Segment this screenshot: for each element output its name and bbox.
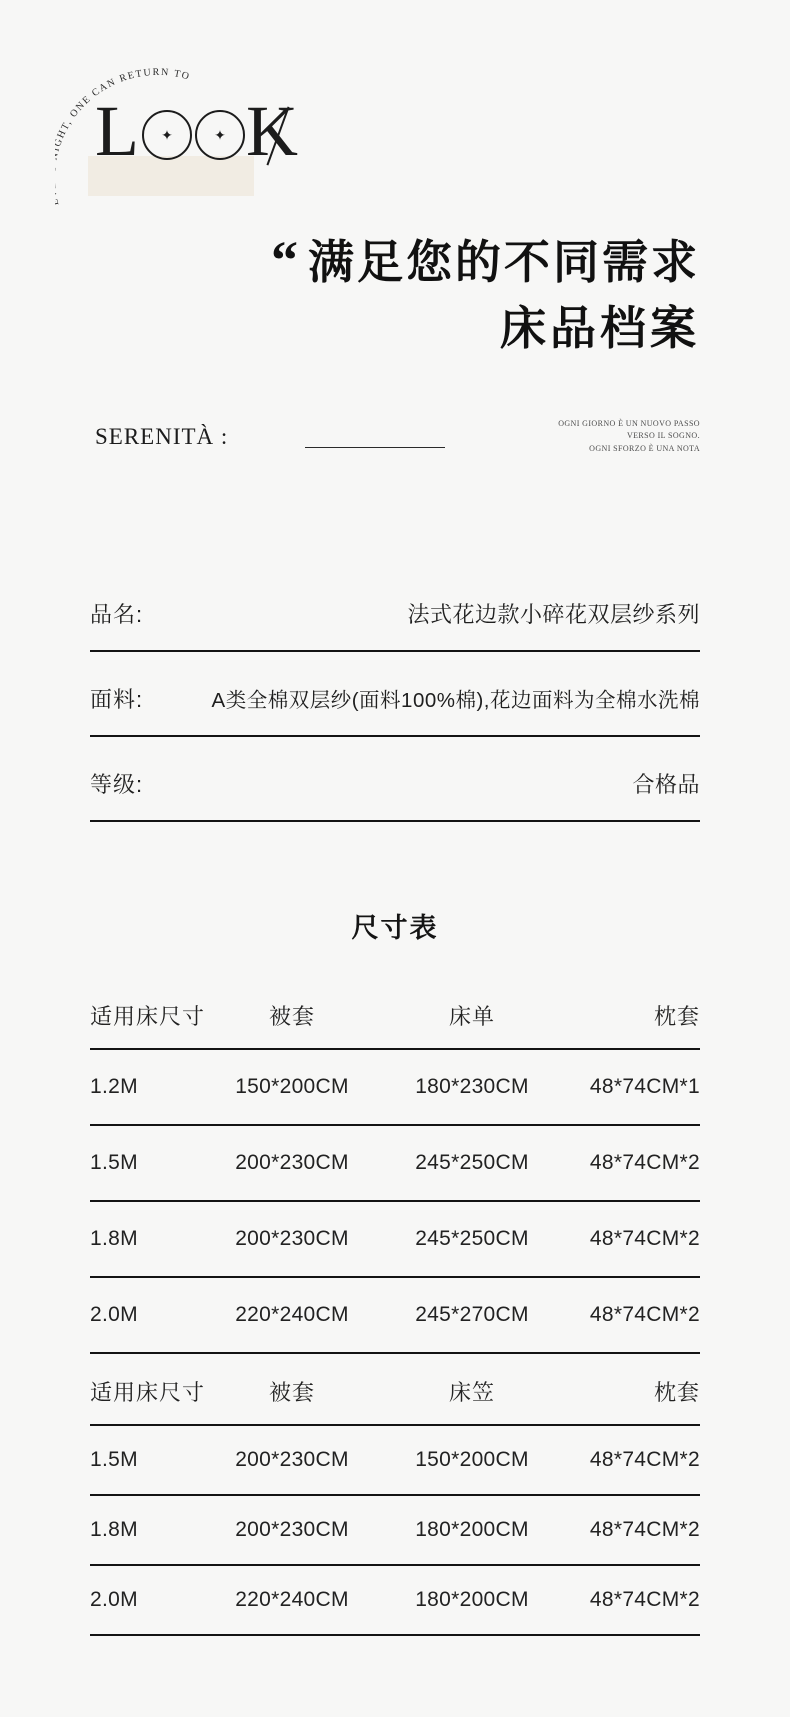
logo-wordmark: L ✦ ✦ K <box>95 102 298 161</box>
table-cell: 200*230CM <box>208 1518 376 1542</box>
page-headline: “满足您的不同需求 床品档案 <box>271 228 700 356</box>
table-cell: 适用床尺寸 <box>90 1376 208 1407</box>
table-cell: 1.8M <box>90 1518 208 1542</box>
info-row-product-name: 品名: 法式花边款小碎花双层纱系列 <box>90 598 700 652</box>
table-cell: 48*74CM*2 <box>568 1303 700 1327</box>
table-cell: 适用床尺寸 <box>90 1000 208 1031</box>
info-label: 品名: <box>90 598 143 629</box>
table-row: 1.5M200*230CM150*200CM48*74CM*2 <box>90 1426 700 1496</box>
table-cell: 48*74CM*2 <box>568 1448 700 1472</box>
table-cell: 48*74CM*1 <box>568 1075 700 1099</box>
brand-row: SERENITÀ : OGNI GIORNO È UN NUOVO PASSO … <box>90 416 700 460</box>
table-cell: 2.0M <box>90 1303 208 1327</box>
table-row: 2.0M220*240CM180*200CM48*74CM*2 <box>90 1566 700 1636</box>
table-cell: 220*240CM <box>208 1588 376 1612</box>
table-header-row: 适用床尺寸被套床笠枕套 <box>90 1358 700 1426</box>
table-cell: 枕套 <box>568 1000 700 1031</box>
wordmark-letter-l: L <box>95 102 139 161</box>
table-cell: 48*74CM*2 <box>568 1588 700 1612</box>
table-cell: 1.2M <box>90 1075 208 1099</box>
info-value: A类全棉双层纱(面料100%棉),花边面料为全棉水洗棉 <box>212 683 700 713</box>
info-row-grade: 等级: 合格品 <box>90 768 700 822</box>
divider-line <box>305 447 445 448</box>
table-cell: 150*200CM <box>376 1448 568 1472</box>
table-cell: 48*74CM*2 <box>568 1151 700 1175</box>
table-cell: 150*200CM <box>208 1075 376 1099</box>
brand-tagline: OGNI GIORNO È UN NUOVO PASSO VERSO IL SO… <box>558 418 700 455</box>
table-cell: 180*200CM <box>376 1588 568 1612</box>
product-spec-page: EVERY NIGHT, ONE CAN RETURN TO L ✦ ✦ K “… <box>0 0 790 1717</box>
wordmark-o-circle: ✦ <box>195 110 245 160</box>
table-body: 1.5M200*230CM150*200CM48*74CM*21.8M200*2… <box>90 1426 700 1636</box>
table-row: 1.5M200*230CM245*250CM48*74CM*2 <box>90 1126 700 1202</box>
table-cell: 245*250CM <box>376 1227 568 1251</box>
table-cell: 床笠 <box>376 1376 568 1407</box>
table-header: 适用床尺寸被套床单枕套 <box>90 982 700 1050</box>
table-cell: 1.5M <box>90 1448 208 1472</box>
table-row: 1.8M200*230CM180*200CM48*74CM*2 <box>90 1496 700 1566</box>
info-label: 等级: <box>90 768 143 799</box>
brand-logo: EVERY NIGHT, ONE CAN RETURN TO L ✦ ✦ K <box>55 50 345 230</box>
table-cell: 被套 <box>208 1000 376 1031</box>
headline-line1: “满足您的不同需求 <box>271 228 700 293</box>
sparkle-icon: ✦ <box>214 128 226 142</box>
headline-line1-text: 满足您的不同需求 <box>308 237 700 288</box>
table-cell: 枕套 <box>568 1376 700 1407</box>
info-value: 法式花边款小碎花双层纱系列 <box>407 598 700 629</box>
table-cell: 200*230CM <box>208 1448 376 1472</box>
table-row: 2.0M220*240CM245*270CM48*74CM*2 <box>90 1278 700 1354</box>
info-value: 合格品 <box>632 768 700 799</box>
table-cell: 200*230CM <box>208 1227 376 1251</box>
table-cell: 245*270CM <box>376 1303 568 1327</box>
size-table-duvet-sheet: 适用床尺寸被套床单枕套 1.2M150*200CM180*230CM48*74C… <box>90 982 700 1354</box>
table-cell: 被套 <box>208 1376 376 1407</box>
info-label: 面料: <box>90 683 143 714</box>
table-cell: 48*74CM*2 <box>568 1227 700 1251</box>
table-header-row: 适用床尺寸被套床单枕套 <box>90 982 700 1050</box>
sparkle-icon: ✦ <box>161 128 173 142</box>
table-row: 1.8M200*230CM245*250CM48*74CM*2 <box>90 1202 700 1278</box>
wordmark-o-circle: ✦ <box>142 110 192 160</box>
table-cell: 2.0M <box>90 1588 208 1612</box>
quote-mark: “ <box>271 230 298 290</box>
table-cell: 180*200CM <box>376 1518 568 1542</box>
table-row: 1.2M150*200CM180*230CM48*74CM*1 <box>90 1050 700 1126</box>
brand-name-label: SERENITÀ : <box>95 424 228 450</box>
table-cell: 48*74CM*2 <box>568 1518 700 1542</box>
table-header: 适用床尺寸被套床笠枕套 <box>90 1358 700 1426</box>
table-cell: 220*240CM <box>208 1303 376 1327</box>
size-table-title: 尺寸表 <box>0 906 790 945</box>
size-table-duvet-fitted: 适用床尺寸被套床笠枕套 1.5M200*230CM150*200CM48*74C… <box>90 1358 700 1636</box>
table-cell: 1.5M <box>90 1151 208 1175</box>
table-cell: 245*250CM <box>376 1151 568 1175</box>
info-row-fabric: 面料: A类全棉双层纱(面料100%棉),花边面料为全棉水洗棉 <box>90 683 700 737</box>
table-cell: 180*230CM <box>376 1075 568 1099</box>
table-body: 1.2M150*200CM180*230CM48*74CM*11.5M200*2… <box>90 1050 700 1354</box>
table-cell: 1.8M <box>90 1227 208 1251</box>
table-cell: 200*230CM <box>208 1151 376 1175</box>
headline-line2: 床品档案 <box>271 301 700 356</box>
table-cell: 床单 <box>376 1000 568 1031</box>
